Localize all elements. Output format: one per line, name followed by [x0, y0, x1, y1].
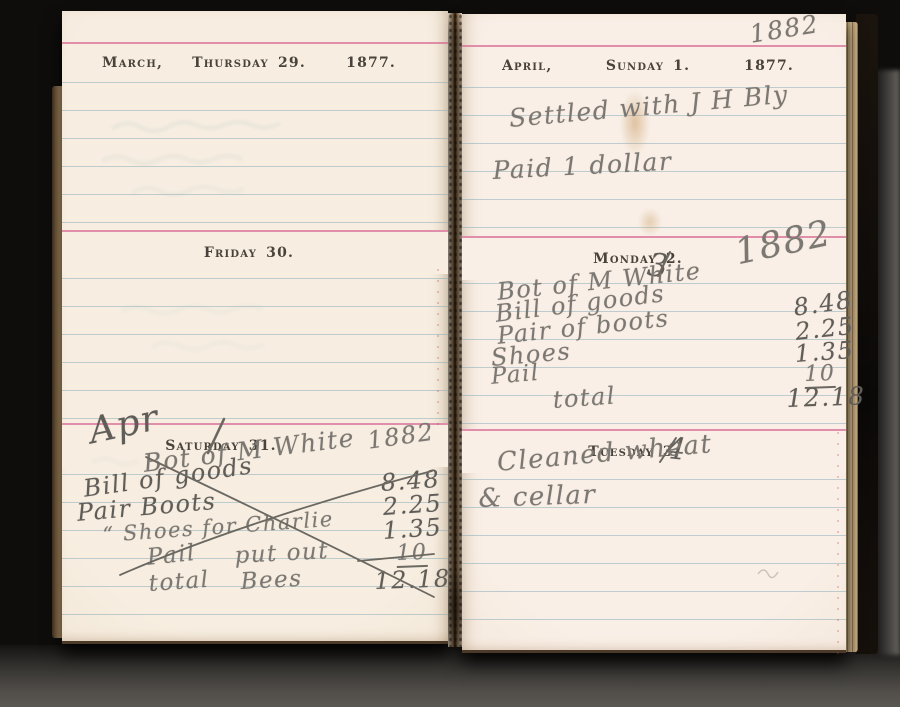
year-correction-note: 1882 [732, 216, 835, 272]
book-cover-edge [856, 14, 878, 654]
ledger-amount: 10 [396, 542, 428, 568]
diary-entry-line: Settled with J H Bly [508, 82, 790, 131]
diary-page-right: April, Sunday 1. 1877. Monday 2. Tuesday… [462, 14, 846, 653]
ledger-amount: 1.35 [382, 515, 443, 543]
handwriting-layer-right: 1882Settled with J H BlyPaid 1 dollar318… [462, 14, 846, 650]
year-correction-note: 1882 [748, 11, 821, 47]
table-surface [0, 645, 900, 707]
ledger-note: put out [234, 540, 330, 568]
ledger-total-amount: 12.18 [786, 383, 866, 411]
ledger-total-label: total [552, 384, 617, 412]
diary-entry-line: Cleaned wheat [496, 431, 713, 476]
month-correction-note: Apr [86, 400, 163, 450]
ledger-total-amount: 12.18 [374, 566, 451, 593]
ledger-item: Pail [146, 542, 197, 570]
ledger-total-label: total [148, 569, 210, 596]
diary-entry-line: Paid 1 dollar [492, 149, 673, 183]
book-gutter [448, 13, 462, 647]
handwriting-layer-left: Apr1882Bot of M WhiteBill of goods8.48Pa… [62, 11, 448, 641]
ledger-note: Bees [240, 568, 303, 594]
diary-photo: March, Thursday 29. 1877. Friday 30. Sat… [0, 0, 900, 707]
ledger-item: Pail [490, 362, 541, 389]
year-correction-note: 1882 [366, 420, 436, 453]
diary-entry-line: & cellar [478, 482, 597, 512]
diary-page-left: March, Thursday 29. 1877. Friday 30. Sat… [62, 11, 448, 644]
